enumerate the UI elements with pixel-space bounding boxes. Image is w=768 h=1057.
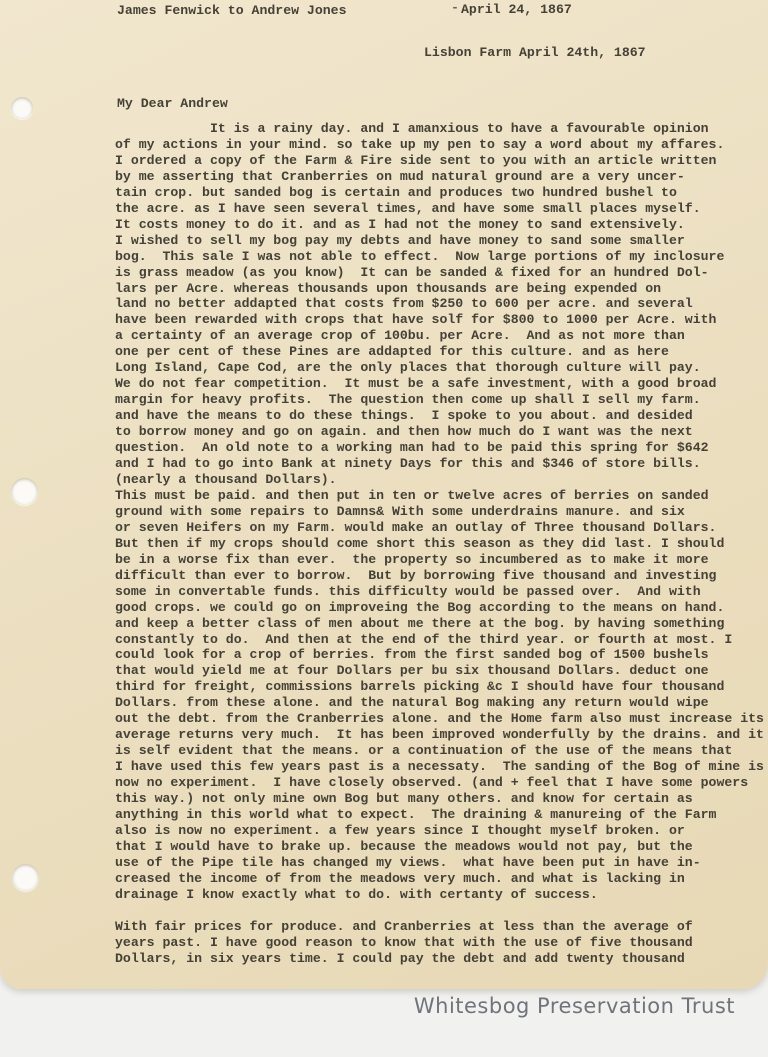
- date-line: April 24, 1867: [461, 2, 572, 18]
- place-dateline: Lisbon Farm April 24th, 1867: [424, 45, 646, 61]
- typewritten-content: James Fenwick to Andrew Jones - April 24…: [0, 0, 768, 989]
- letter-paper: James Fenwick to Andrew Jones - April 24…: [0, 0, 768, 989]
- correspondents-line: James Fenwick to Andrew Jones: [117, 3, 347, 19]
- letter-body: It is a rainy day. and I amanxious to ha…: [115, 121, 764, 967]
- salutation: My Dear Andrew: [117, 96, 228, 112]
- watermark-label: Whitesbog Preservation Trust: [414, 994, 735, 1018]
- stray-typed-mark: -: [451, 0, 459, 16]
- scanned-letter-page: James Fenwick to Andrew Jones - April 24…: [0, 0, 768, 1057]
